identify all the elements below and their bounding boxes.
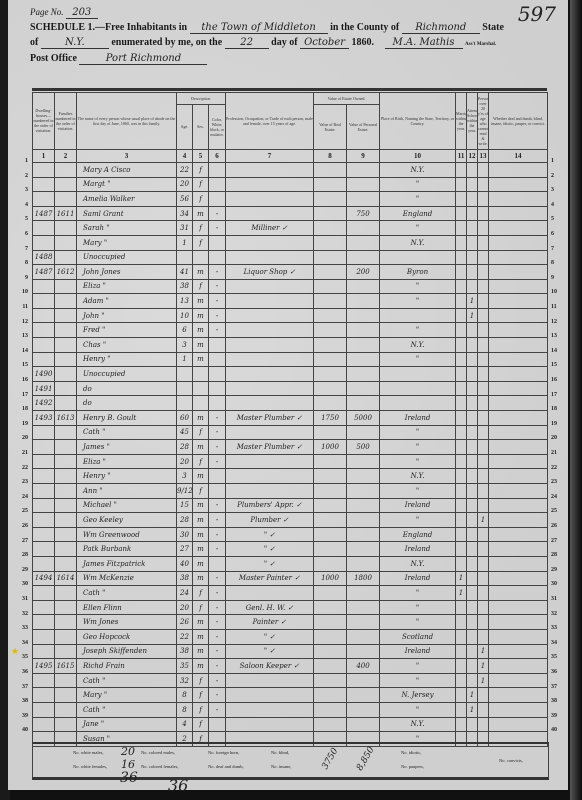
family-no bbox=[55, 352, 77, 367]
attended-school bbox=[467, 629, 478, 644]
cannot-read-write bbox=[478, 717, 489, 732]
age: 20 bbox=[177, 177, 193, 192]
line-number-left: 36 bbox=[12, 669, 28, 675]
person-name: do bbox=[77, 396, 177, 411]
real-estate bbox=[314, 381, 347, 396]
cannot-read-write bbox=[478, 600, 489, 615]
occupation bbox=[226, 294, 314, 309]
married-in-year bbox=[456, 425, 467, 440]
occupation bbox=[226, 425, 314, 440]
table-row: Sarah "31f-Milliner ✓" bbox=[33, 221, 548, 236]
occupation bbox=[226, 338, 314, 353]
sex: f bbox=[193, 600, 209, 615]
occupation: Genl. H. W. ✓ bbox=[226, 600, 314, 615]
family-no bbox=[55, 221, 77, 236]
personal-estate bbox=[347, 673, 380, 688]
attended-school bbox=[467, 381, 478, 396]
line-number-left: 13 bbox=[12, 333, 28, 339]
birthplace: " bbox=[380, 279, 456, 294]
line-number-right: 35 bbox=[551, 654, 567, 660]
person-name: James Fitzpatrick bbox=[77, 556, 177, 571]
person-name: Sarah " bbox=[77, 221, 177, 236]
line-number-right: 15 bbox=[551, 362, 567, 368]
page-no-label: Page No. bbox=[30, 7, 64, 17]
line-number-left: 30 bbox=[12, 581, 28, 587]
table-row: Geo Hopcock22m-" ✓Scotland bbox=[33, 629, 548, 644]
family-no bbox=[55, 513, 77, 528]
line-number-right: 20 bbox=[551, 435, 567, 441]
line-number-right: 10 bbox=[551, 289, 567, 295]
real-estate bbox=[314, 629, 347, 644]
family-no bbox=[55, 162, 77, 177]
table-row: Eliza "20f-" bbox=[33, 454, 548, 469]
real-estate bbox=[314, 659, 347, 674]
infirmity bbox=[489, 484, 548, 499]
married-in-year: 1 bbox=[456, 571, 467, 586]
dwelling-no bbox=[33, 484, 55, 499]
personal-estate bbox=[347, 454, 380, 469]
married-in-year: 1 bbox=[456, 586, 467, 601]
person-name: Eliza " bbox=[77, 454, 177, 469]
infirmity bbox=[489, 396, 548, 411]
dwelling-no: 1493 bbox=[33, 411, 55, 426]
infirmity bbox=[489, 688, 548, 703]
age: 15 bbox=[177, 498, 193, 513]
line-number-left: 25 bbox=[12, 508, 28, 514]
personal-estate bbox=[347, 600, 380, 615]
table-row: Eliza "38f-" bbox=[33, 279, 548, 294]
table-row: 14931613Henry B. Goult60m-Master Plumber… bbox=[33, 411, 548, 426]
line-number-left: 33 bbox=[12, 625, 28, 631]
sex: f bbox=[193, 702, 209, 717]
infirmity bbox=[489, 250, 548, 265]
cannot-read-write bbox=[478, 192, 489, 207]
personal-estate bbox=[347, 513, 380, 528]
married-in-year bbox=[456, 221, 467, 236]
table-row: Mary "1fN.Y. bbox=[33, 235, 548, 250]
real-estate bbox=[314, 702, 347, 717]
line-number-right: 28 bbox=[551, 552, 567, 558]
married-in-year bbox=[456, 484, 467, 499]
dwelling-no bbox=[33, 454, 55, 469]
table-row: Mary "8f-N. Jersey1 bbox=[33, 688, 548, 703]
line-number-left: 34 bbox=[12, 640, 28, 646]
dwelling-no bbox=[33, 586, 55, 601]
age: 34 bbox=[177, 206, 193, 221]
dwelling-no bbox=[33, 702, 55, 717]
married-in-year bbox=[456, 177, 467, 192]
dwelling-no bbox=[33, 235, 55, 250]
infirmity bbox=[489, 469, 548, 484]
color: - bbox=[209, 206, 226, 221]
person-name: Fred " bbox=[77, 323, 177, 338]
age: 4 bbox=[177, 717, 193, 732]
infirmity bbox=[489, 221, 548, 236]
infirmity bbox=[489, 411, 548, 426]
dwelling-no bbox=[33, 527, 55, 542]
birthplace: Ireland bbox=[380, 498, 456, 513]
dwelling-no bbox=[33, 513, 55, 528]
cannot-read-write bbox=[478, 571, 489, 586]
family-no bbox=[55, 556, 77, 571]
table-row: Henry "3mN.Y. bbox=[33, 469, 548, 484]
birthplace: Ireland bbox=[380, 571, 456, 586]
cannot-read-write bbox=[478, 586, 489, 601]
dwelling-no: 1487 bbox=[33, 265, 55, 280]
family-no bbox=[55, 440, 77, 455]
table-row: John "10m-1 bbox=[33, 308, 548, 323]
personal-estate bbox=[347, 644, 380, 659]
dwelling-no: 1490 bbox=[33, 367, 55, 382]
schedule-line: SCHEDULE 1.—Free Inhabitants in the Town… bbox=[30, 22, 504, 34]
attended-school bbox=[467, 396, 478, 411]
line-number-left: 28 bbox=[12, 552, 28, 558]
occupation bbox=[226, 177, 314, 192]
line-number-right: 29 bbox=[551, 567, 567, 573]
real-estate bbox=[314, 177, 347, 192]
marshal-label: Ass't Marshal. bbox=[465, 42, 496, 47]
married-in-year bbox=[456, 250, 467, 265]
birthplace: " bbox=[380, 484, 456, 499]
age: 26 bbox=[177, 615, 193, 630]
person-name: Amelia Walker bbox=[77, 192, 177, 207]
attended-school bbox=[467, 644, 478, 659]
marshal-field: M.A. Mathis bbox=[385, 37, 463, 49]
col-num: 6 bbox=[209, 149, 226, 162]
attended-school: 1 bbox=[467, 294, 478, 309]
personal-estate: 5000 bbox=[347, 411, 380, 426]
table-row: Wm Greenwood30m-" ✓England bbox=[33, 527, 548, 542]
cannot-read-write bbox=[478, 396, 489, 411]
line-number-left: 9 bbox=[12, 275, 28, 281]
married-in-year bbox=[456, 629, 467, 644]
person-name: Cath " bbox=[77, 673, 177, 688]
line-number-right: 33 bbox=[551, 625, 567, 631]
table-row: Ann "9/12f" bbox=[33, 484, 548, 499]
infirmity bbox=[489, 279, 548, 294]
occupation bbox=[226, 396, 314, 411]
birthplace: " bbox=[380, 673, 456, 688]
dwelling-no bbox=[33, 688, 55, 703]
attended-school bbox=[467, 484, 478, 499]
birthplace: " bbox=[380, 615, 456, 630]
infirmity bbox=[489, 586, 548, 601]
birthplace: " bbox=[380, 454, 456, 469]
line-number-left: 7 bbox=[12, 246, 28, 252]
attended-school bbox=[467, 425, 478, 440]
color bbox=[209, 352, 226, 367]
birthplace: " bbox=[380, 294, 456, 309]
dwelling-no bbox=[33, 308, 55, 323]
birthplace: N.Y. bbox=[380, 162, 456, 177]
real-estate bbox=[314, 396, 347, 411]
person-name: Margt " bbox=[77, 177, 177, 192]
real-estate bbox=[314, 221, 347, 236]
table-row: Adam "13m-"1 bbox=[33, 294, 548, 309]
insane-label: No. insane, bbox=[271, 764, 291, 769]
place-field: the Town of Middleton bbox=[190, 22, 328, 34]
family-no bbox=[55, 294, 77, 309]
married-in-year bbox=[456, 659, 467, 674]
birthplace: " bbox=[380, 352, 456, 367]
real-estate bbox=[314, 527, 347, 542]
line-number-right: 2 bbox=[551, 173, 567, 179]
paupers-label: No. paupers, bbox=[401, 764, 424, 769]
family-no bbox=[55, 673, 77, 688]
cannot-read-write bbox=[478, 338, 489, 353]
cannot-read-write bbox=[478, 542, 489, 557]
married-in-year bbox=[456, 542, 467, 557]
age: 32 bbox=[177, 673, 193, 688]
occupation: Master Painter ✓ bbox=[226, 571, 314, 586]
line-number-left: 6 bbox=[12, 231, 28, 237]
birthplace: " bbox=[380, 192, 456, 207]
age bbox=[177, 367, 193, 382]
married-in-year bbox=[456, 673, 467, 688]
age: 8 bbox=[177, 702, 193, 717]
birthplace: Ireland bbox=[380, 644, 456, 659]
attended-school: 1 bbox=[467, 702, 478, 717]
occupation bbox=[226, 688, 314, 703]
col-family-header: Families numbered in the order of visita… bbox=[55, 93, 77, 150]
family-no bbox=[55, 629, 77, 644]
birthplace: " bbox=[380, 177, 456, 192]
personal-estate bbox=[347, 381, 380, 396]
birthplace: " bbox=[380, 221, 456, 236]
cannot-read-write bbox=[478, 381, 489, 396]
family-no bbox=[55, 177, 77, 192]
infirmity bbox=[489, 629, 548, 644]
age: 41 bbox=[177, 265, 193, 280]
person-name: Joseph Skiffenden bbox=[77, 644, 177, 659]
birthplace: " bbox=[380, 600, 456, 615]
infirmity bbox=[489, 338, 548, 353]
infirmity bbox=[489, 352, 548, 367]
attended-school bbox=[467, 367, 478, 382]
line-number-right: 26 bbox=[551, 523, 567, 529]
infirmity bbox=[489, 192, 548, 207]
age: 9/12 bbox=[177, 484, 193, 499]
attended-school bbox=[467, 586, 478, 601]
infirmity bbox=[489, 571, 548, 586]
header-rule bbox=[32, 88, 547, 91]
color: - bbox=[209, 294, 226, 309]
age: 56 bbox=[177, 192, 193, 207]
color: - bbox=[209, 644, 226, 659]
color: - bbox=[209, 542, 226, 557]
attended-school bbox=[467, 600, 478, 615]
age: 27 bbox=[177, 542, 193, 557]
line-number-right: 3 bbox=[551, 187, 567, 193]
birthplace: N.Y. bbox=[380, 556, 456, 571]
line-number-right: 37 bbox=[551, 684, 567, 690]
family-no bbox=[55, 308, 77, 323]
age: 13 bbox=[177, 294, 193, 309]
age: 20 bbox=[177, 600, 193, 615]
sex: f bbox=[193, 688, 209, 703]
birthplace: Ireland bbox=[380, 411, 456, 426]
occupation bbox=[226, 162, 314, 177]
line-number-left: 21 bbox=[12, 450, 28, 456]
infirmity bbox=[489, 513, 548, 528]
col-num: 5 bbox=[193, 149, 209, 162]
line-number-left: 37 bbox=[12, 684, 28, 690]
attended-school: 1 bbox=[467, 308, 478, 323]
real-estate bbox=[314, 556, 347, 571]
person-name: Mary " bbox=[77, 235, 177, 250]
personal-estate bbox=[347, 162, 380, 177]
real-estate bbox=[314, 294, 347, 309]
line-number-left: 4 bbox=[12, 202, 28, 208]
birthplace: " bbox=[380, 586, 456, 601]
person-name: John " bbox=[77, 308, 177, 323]
personal-estate bbox=[347, 279, 380, 294]
table-row: James Fitzpatrick40m" ✓N.Y. bbox=[33, 556, 548, 571]
age: 28 bbox=[177, 513, 193, 528]
sex: m bbox=[193, 542, 209, 557]
sex: m bbox=[193, 265, 209, 280]
stamp-number: 597 bbox=[518, 2, 556, 26]
line-number-left: 2 bbox=[12, 173, 28, 179]
age bbox=[177, 250, 193, 265]
family-no bbox=[55, 688, 77, 703]
married-in-year bbox=[456, 527, 467, 542]
family-no bbox=[55, 235, 77, 250]
attended-school bbox=[467, 206, 478, 221]
cannot-read-write bbox=[478, 688, 489, 703]
tally-total: 36 bbox=[120, 770, 138, 786]
age: 1 bbox=[177, 235, 193, 250]
dwelling-no bbox=[33, 279, 55, 294]
color: - bbox=[209, 308, 226, 323]
line-number-left: 23 bbox=[12, 479, 28, 485]
line-number-right: 21 bbox=[551, 450, 567, 456]
col-color-header: Color, White, black, or mulatto. bbox=[209, 104, 226, 149]
family-no: 1611 bbox=[55, 206, 77, 221]
infirmity bbox=[489, 206, 548, 221]
real-estate bbox=[314, 542, 347, 557]
personal-estate bbox=[347, 367, 380, 382]
table-row: Joseph Skiffenden38m-" ✓Ireland1 bbox=[33, 644, 548, 659]
attended-school bbox=[467, 338, 478, 353]
line-number-right: 12 bbox=[551, 319, 567, 325]
family-no bbox=[55, 381, 77, 396]
real-estate: 1000 bbox=[314, 440, 347, 455]
family-no bbox=[55, 527, 77, 542]
age: 31 bbox=[177, 221, 193, 236]
married-in-year bbox=[456, 235, 467, 250]
line-number-left: 10 bbox=[12, 289, 28, 295]
table-row: Jane "4fN.Y. bbox=[33, 717, 548, 732]
birthplace: " bbox=[380, 513, 456, 528]
family-no: 1614 bbox=[55, 571, 77, 586]
family-no bbox=[55, 484, 77, 499]
married-in-year bbox=[456, 615, 467, 630]
infirmity bbox=[489, 308, 548, 323]
line-number-left: 14 bbox=[12, 348, 28, 354]
color bbox=[209, 484, 226, 499]
col-num: 1 bbox=[33, 149, 55, 162]
attended-school bbox=[467, 469, 478, 484]
table-row: Cath "24f-"1 bbox=[33, 586, 548, 601]
table-row: 1491do bbox=[33, 381, 548, 396]
personal-estate bbox=[347, 192, 380, 207]
personal-estate: 1800 bbox=[347, 571, 380, 586]
color: - bbox=[209, 513, 226, 528]
family-no bbox=[55, 615, 77, 630]
sex: m bbox=[193, 644, 209, 659]
real-estate-total: 3750 bbox=[320, 747, 340, 772]
sex: m bbox=[193, 513, 209, 528]
line-number-left: 11 bbox=[12, 304, 28, 310]
occupation bbox=[226, 586, 314, 601]
age: 30 bbox=[177, 527, 193, 542]
line-number-left: 27 bbox=[12, 538, 28, 544]
birthplace: Ireland bbox=[380, 542, 456, 557]
line-number-right: 19 bbox=[551, 421, 567, 427]
cannot-read-write bbox=[478, 177, 489, 192]
infirmity bbox=[489, 381, 548, 396]
real-estate bbox=[314, 250, 347, 265]
sex: f bbox=[193, 162, 209, 177]
sex: f bbox=[193, 673, 209, 688]
occupation: Master Plumber ✓ bbox=[226, 411, 314, 426]
sex: m bbox=[193, 629, 209, 644]
sex: m bbox=[193, 659, 209, 674]
sex: m bbox=[193, 440, 209, 455]
line-number-right: 7 bbox=[551, 246, 567, 252]
sex bbox=[193, 396, 209, 411]
age: 3 bbox=[177, 469, 193, 484]
real-estate bbox=[314, 279, 347, 294]
attended-school bbox=[467, 192, 478, 207]
estate-header: Value of Estate Owned. bbox=[314, 93, 380, 105]
birthplace: " bbox=[380, 659, 456, 674]
birthplace: " bbox=[380, 425, 456, 440]
line-number-left: 16 bbox=[12, 377, 28, 383]
real-estate bbox=[314, 484, 347, 499]
personal-estate bbox=[347, 352, 380, 367]
col-num: 8 bbox=[314, 149, 347, 162]
white-females-label: No. white females, bbox=[73, 764, 107, 769]
line-number-right: 31 bbox=[551, 596, 567, 602]
person-name: Geo Keeley bbox=[77, 513, 177, 528]
person-name: Michael " bbox=[77, 498, 177, 513]
sex: m bbox=[193, 352, 209, 367]
cannot-read-write bbox=[478, 454, 489, 469]
dwelling-no bbox=[33, 615, 55, 630]
bookmark-star-icon[interactable]: ★ bbox=[11, 646, 19, 657]
sex: m bbox=[193, 338, 209, 353]
occupation bbox=[226, 250, 314, 265]
family-no bbox=[55, 498, 77, 513]
infirmity bbox=[489, 425, 548, 440]
attended-school bbox=[467, 542, 478, 557]
foreign-born-label: No. foreign born, bbox=[208, 750, 239, 755]
attended-school bbox=[467, 556, 478, 571]
sex: f bbox=[193, 235, 209, 250]
year: 1860. bbox=[352, 37, 375, 48]
line-number-right: 5 bbox=[551, 216, 567, 222]
married-in-year bbox=[456, 513, 467, 528]
table-row: Wm Jones26m-Painter ✓" bbox=[33, 615, 548, 630]
dwelling-no bbox=[33, 629, 55, 644]
col-num: 3 bbox=[77, 149, 177, 162]
age: 22 bbox=[177, 162, 193, 177]
line-number-right: 6 bbox=[551, 231, 567, 237]
color bbox=[209, 381, 226, 396]
color bbox=[209, 556, 226, 571]
